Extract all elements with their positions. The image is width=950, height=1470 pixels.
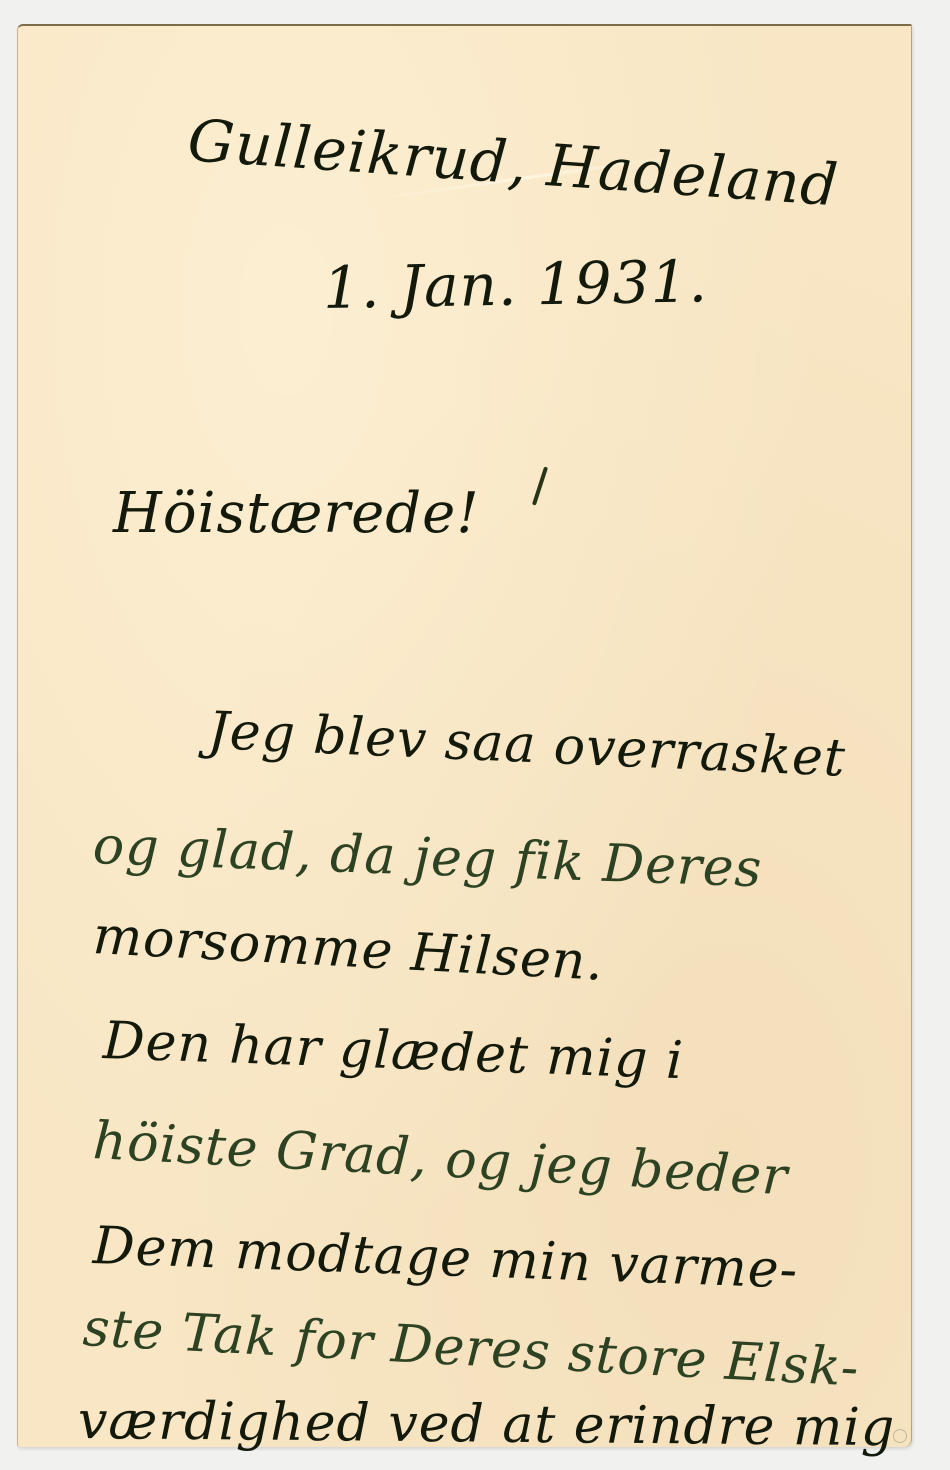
body-line-1: Jeg blev saa overrasket xyxy=(207,701,847,789)
corner-stain xyxy=(893,1429,907,1443)
body-line-2: og glad, da jeg fik Deres xyxy=(92,816,763,899)
body-line-6: Dem modtage min varme- xyxy=(92,1216,799,1301)
body-line-4: Den har glædet mig i xyxy=(102,1011,685,1091)
body-line-7: ste Tak for Deres store Elsk- xyxy=(81,1298,860,1399)
body-line-3: morsomme Hilsen. xyxy=(91,906,605,993)
letter-date: 1. Jan. 1931. xyxy=(322,247,708,322)
letter-place: Gulleikrud, Hadeland xyxy=(186,106,841,219)
body-line-8: værdighed ved at erindre mig xyxy=(78,1391,896,1458)
body-line-5: höiste Grad, og jeg beder xyxy=(91,1111,789,1207)
letter-salutation: Höistærede! xyxy=(113,481,480,546)
pen-mark xyxy=(532,466,548,505)
letter-card: Gulleikrud, Hadeland 1. Jan. 1931. Höist… xyxy=(17,24,912,1447)
